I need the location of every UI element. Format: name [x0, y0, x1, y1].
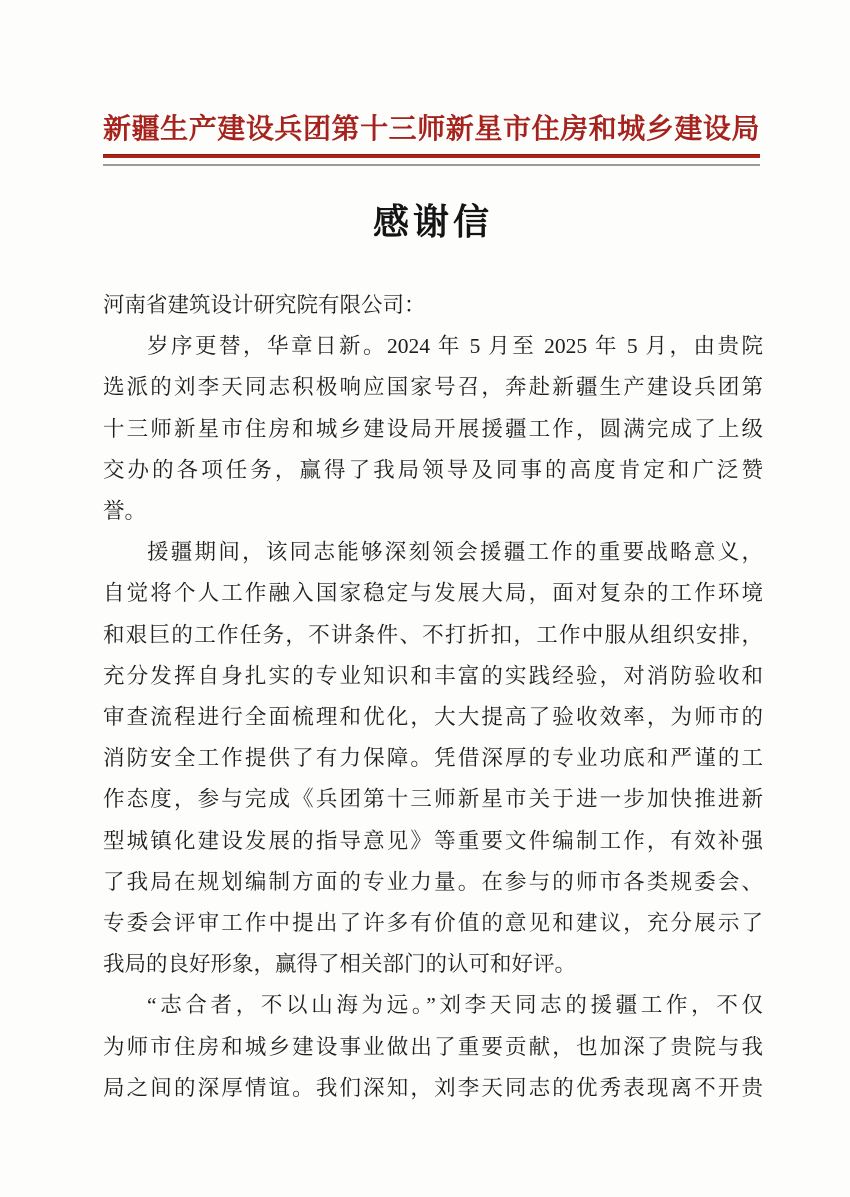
body-line: “志合者，不以山海为远。”刘李天同志的援疆工作，不仅	[103, 985, 763, 1026]
letter-title: 感谢信	[103, 194, 763, 245]
body-line: 援疆期间，该同志能够深刻领会援疆工作的重要战略意义，	[103, 532, 763, 573]
body-line: 选派的刘李天同志积极响应国家号召，奔赴新疆生产建设兵团第	[103, 367, 763, 408]
body-line: 局之间的深厚情谊。我们深知，刘李天同志的优秀表现离不开贵	[103, 1068, 763, 1109]
body-line: 专委会评审工作中提出了许多有价值的意见和建议，充分展示了	[103, 903, 763, 944]
letterhead-title: 新疆生产建设兵团第十三师新星市住房和城乡建设局	[103, 112, 760, 147]
body-line: 岁序更替，华章日新。2024 年 5 月至 2025 年 5 月，由贵院	[103, 326, 763, 367]
body-line: 自觉将个人工作融入国家稳定与发展大局，面对复杂的工作环境	[103, 573, 763, 614]
letterhead-rule-gray	[103, 164, 760, 166]
body-line: 交办的各项任务，赢得了我局领导及同事的高度肯定和广泛赞	[103, 450, 763, 491]
body-line: 十三师新星市住房和城乡建设局开展援疆工作，圆满完成了上级	[103, 409, 763, 450]
body-line: 消防安全工作提供了有力保障。凭借深厚的专业功底和严谨的工	[103, 738, 763, 779]
body-line: 作态度，参与完成《兵团第十三师新星市关于进一步加快推进新	[103, 779, 763, 820]
letterhead-rule-red	[103, 154, 760, 158]
body-line: 我局的良好形象，赢得了相关部门的认可和好评。	[103, 944, 763, 985]
body-line: 审查流程进行全面梳理和优化，大大提高了验收效率，为师市的	[103, 697, 763, 738]
body-line: 为师市住房和城乡建设事业做出了重要贡献，也加深了贵院与我	[103, 1027, 763, 1068]
body-paragraphs: 岁序更替，华章日新。2024 年 5 月至 2025 年 5 月，由贵院选派的刘…	[103, 326, 763, 1109]
body-line: 充分发挥自身扎实的专业知识和丰富的实践经验，对消防验收和	[103, 656, 763, 697]
body-line: 誉。	[103, 491, 763, 532]
body-line: 了我局在规划编制方面的专业力量。在参与的师市各类规委会、	[103, 862, 763, 903]
body-line: 和艰巨的工作任务，不讲条件、不打折扣，工作中服从组织安排，	[103, 615, 763, 656]
scanned-letter-page: 新疆生产建设兵团第十三师新星市住房和城乡建设局 感谢信 河南省建筑设计研究院有限…	[0, 0, 850, 1197]
salutation: 河南省建筑设计研究院有限公司：	[103, 285, 763, 326]
letter-body: 河南省建筑设计研究院有限公司： 岁序更替，华章日新。2024 年 5 月至 20…	[103, 285, 763, 1109]
body-line: 型城镇化建设发展的指导意见》等重要文件编制工作，有效补强	[103, 821, 763, 862]
letter-content: 新疆生产建设兵团第十三师新星市住房和城乡建设局 感谢信 河南省建筑设计研究院有限…	[103, 112, 763, 1109]
